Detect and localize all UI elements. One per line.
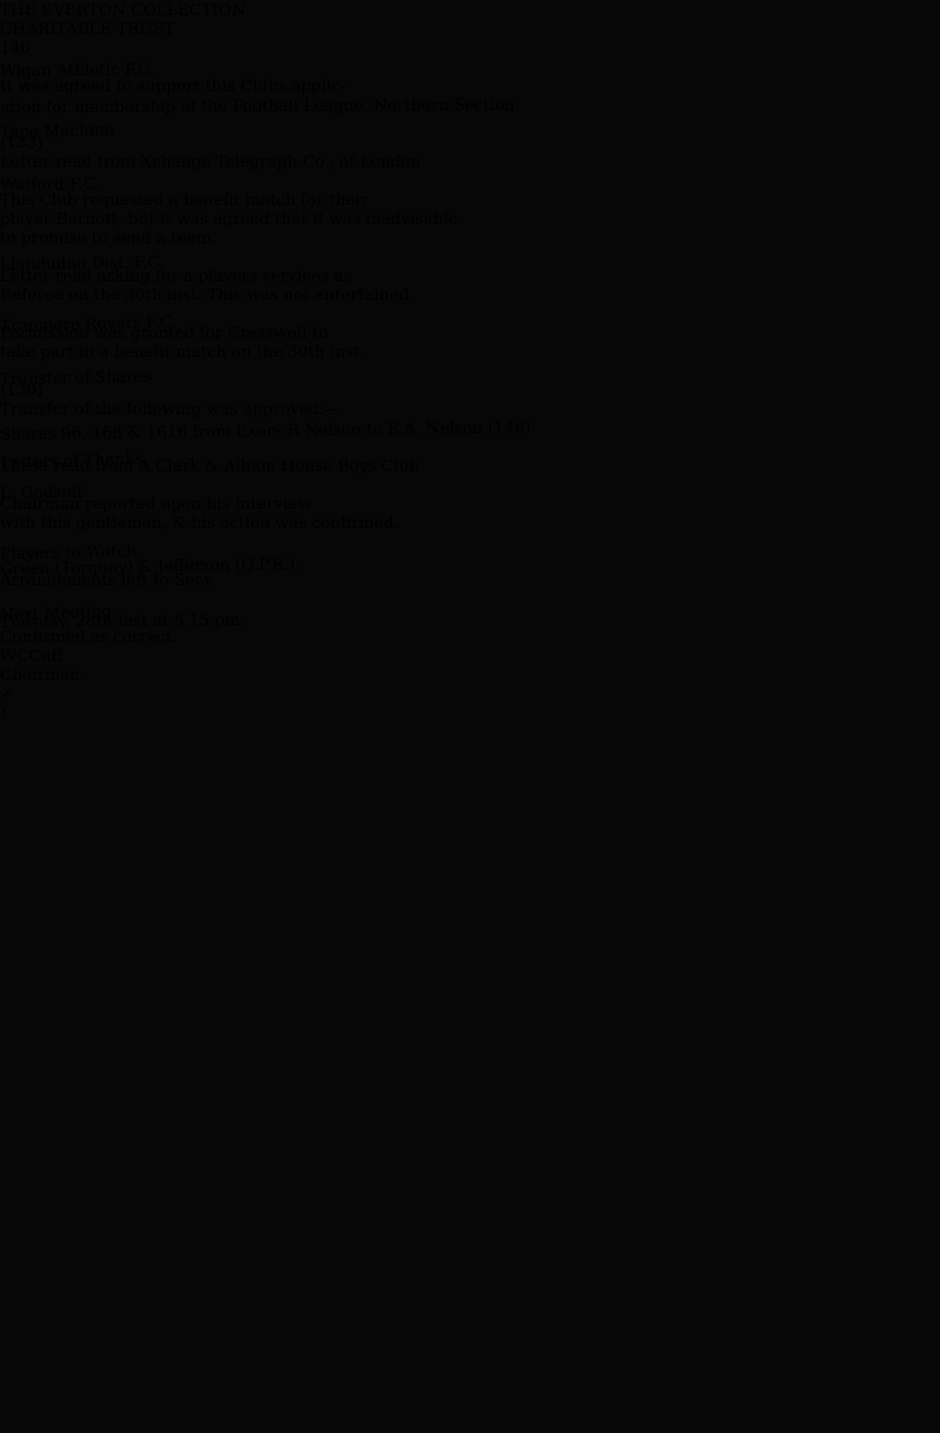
- handwritten-text: player Barnett, but it was agreed that i…: [0, 209, 458, 228]
- handwritten-text: Watford F.C.: [0, 174, 100, 194]
- handwritten-text: Green: [0, 558, 50, 578]
- handwritten-text: L. Godseff.: [0, 482, 87, 503]
- handwritten-text: Llandudno Dist. F.C.: [0, 252, 165, 274]
- handwritten-text: a benefit match for their: [164, 190, 368, 209]
- handwritten-text: take part in a benefit match on the 30th…: [0, 342, 365, 361]
- handwritten-text: ation for membership of the Football Lea…: [0, 95, 520, 117]
- handwritten-text: was approved:—: [201, 399, 340, 418]
- handwritten-text: (Torquay) &: [50, 556, 158, 577]
- watermark-line1: THE EVERTON COLLECTION: [0, 0, 940, 19]
- chairman-title: Chairman.: [0, 665, 940, 684]
- handwritten-text: Xchange Telegraph Co., of London: [136, 152, 421, 171]
- handwritten-text: to support this Clubs applic-: [111, 76, 346, 95]
- handwritten-text: Tape Machine: [0, 120, 114, 141]
- watermark-line2: CHARITABLE TRUST: [0, 19, 940, 38]
- minute-text-line: player Barnett, but it was agreed that i…: [0, 209, 940, 228]
- handwritten-text: Tuesday, 28th inst at 5.15 pm.: [0, 610, 245, 631]
- red-edge-mark: ): [0, 703, 940, 722]
- book-binding-edge: [14, 14, 42, 1413]
- red-ink-text: (146): [488, 417, 531, 437]
- minute-book-scan: THE EVERTON COLLECTION CHARITABLE TRUST …: [0, 0, 940, 1433]
- handwritten-text: (Q.P.R.).: [230, 554, 300, 574]
- minutes-text: Wigan Athletic F.C.It was agreed to supp…: [0, 57, 940, 627]
- chairman-signature: WCCuff: [0, 646, 940, 665]
- blue-check-mark: ✓: [0, 684, 940, 703]
- handwritten-text: Referee on the 30th inst. This was not e…: [0, 285, 414, 304]
- handwritten-text: Transfer of Shares: [0, 367, 151, 389]
- handwritten-text: Wigan Athletic F.C.: [0, 60, 155, 80]
- minute-book-page: THE EVERTON COLLECTION CHARITABLE TRUST …: [0, 0, 940, 57]
- handwritten-text: with this gentleman, & his action was co…: [0, 513, 399, 532]
- handwritten-text: Jefferson: [157, 555, 230, 575]
